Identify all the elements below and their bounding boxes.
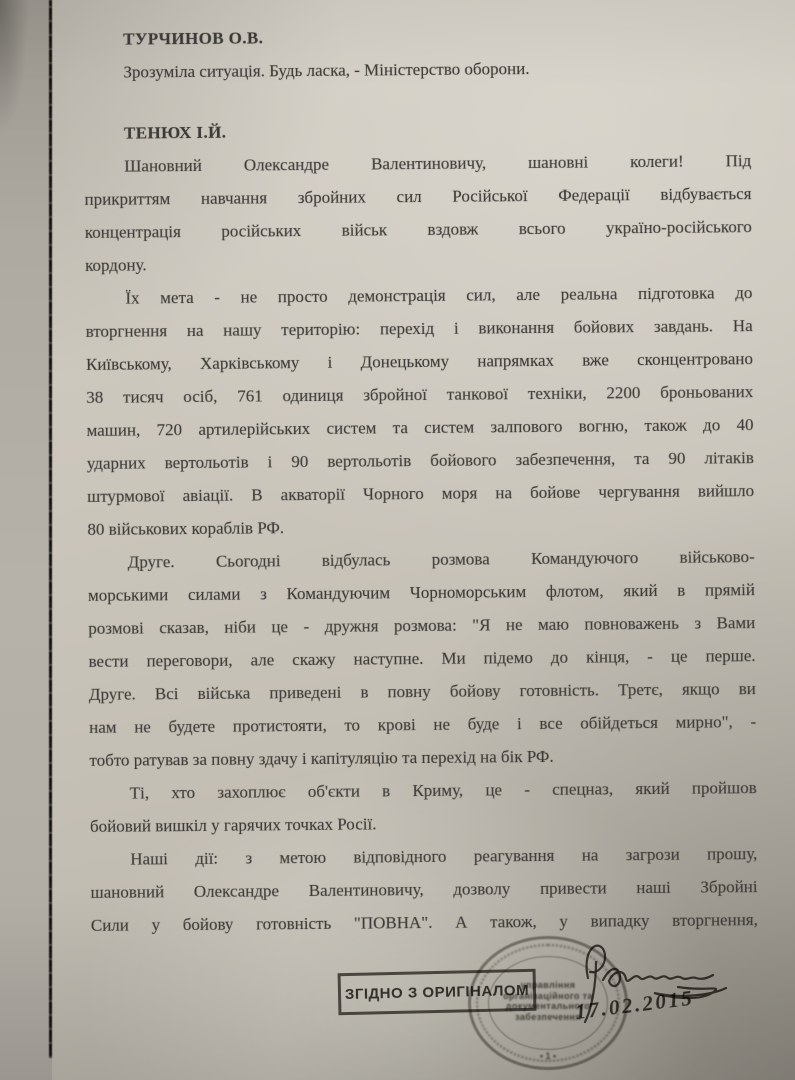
page-fold-line [49,0,52,1058]
paragraph: Друге. Сьогодні відбулась розмова Команд… [88,540,757,777]
text-line: Ті, хто захоплює об'єкти в Криму, це - с… [90,771,757,810]
paragraph: Наші дії: з метою відповідного реагуванн… [90,837,758,942]
text-line: Зрозуміла ситуація. Будь ласка, - Мініст… [83,50,750,89]
text-line: концентрація російських військ вздовж вс… [85,210,752,249]
paragraph: Ті, хто захоплює об'єкти в Криму, це - с… [90,771,758,843]
paragraph: Їх мета - не просто демонстрація сил, ал… [85,276,754,546]
paragraph: Зрозуміла ситуація. Будь ласка, - Мініст… [83,50,750,89]
text-line: штурмової авіації. В акваторії Чорного м… [87,474,754,513]
page-left-edge-shadow [0,0,52,1080]
speech-block: ТУРЧИНОВ О.В.Зрозуміла ситуація. Будь ла… [83,17,751,89]
paragraph: Шановний Олександре Валентиновичу, шанов… [84,144,752,282]
transcript-text: ТУРЧИНОВ О.В.Зрозуміла ситуація. Будь ла… [83,17,758,942]
speech-block: ТЕНЮХ І.Й.Шановний Олександре Валентинов… [84,111,758,942]
scanned-document-page: ТУРЧИНОВ О.В.Зрозуміла ситуація. Будь ла… [0,0,795,1080]
text-line: нам не будете протистояти, то крові не б… [89,705,756,744]
round-seal-bottom-mark: • 1 • [471,1051,625,1061]
